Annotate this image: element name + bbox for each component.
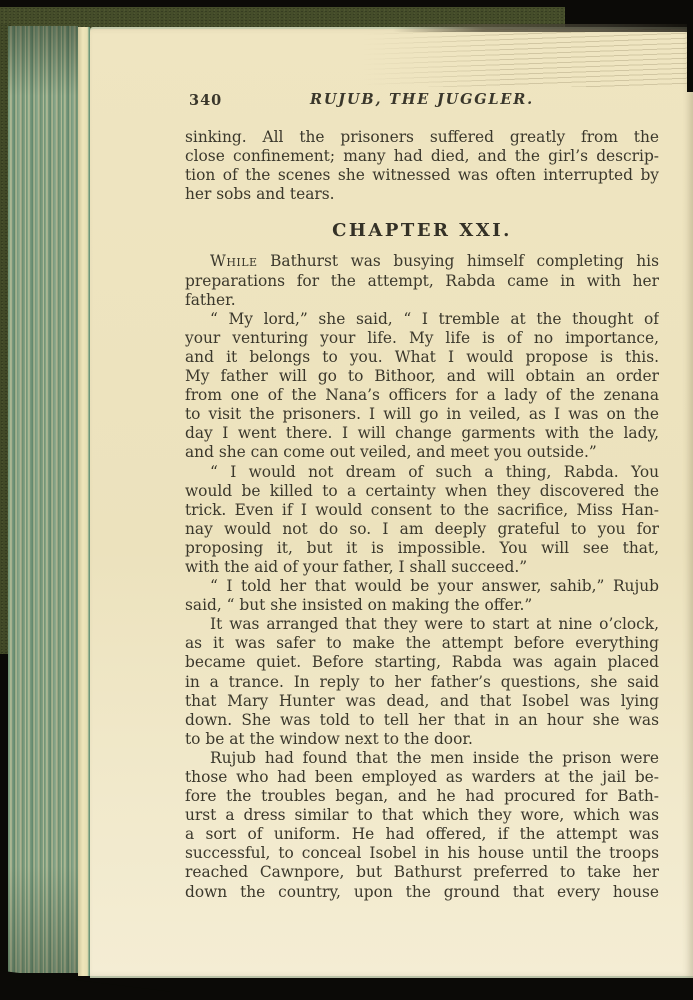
- paragraph: sinking. All the prisoners suffered grea…: [185, 128, 659, 204]
- paragraph: Rujub had found that the men inside the …: [185, 749, 659, 902]
- text-line: became quiet. Before starting, Rabda was…: [185, 653, 659, 672]
- page-header: 340 RUJUB, THE JUGGLER.: [185, 91, 659, 111]
- text-line: While Bathurst was busying himself compl…: [185, 252, 659, 271]
- text-line: said, “ but she insisted on making the o…: [185, 596, 659, 615]
- text-line: preparations for the attempt, Rabda came…: [185, 272, 659, 291]
- running-title: RUJUB, THE JUGGLER.: [185, 91, 659, 108]
- paragraph: It was arranged that they were to start …: [185, 615, 659, 749]
- text-line: “ I told her that would be your answer, …: [185, 577, 659, 596]
- smallcaps-lead: While: [210, 252, 258, 270]
- text-line: close confinement; many had died, and th…: [185, 147, 659, 166]
- text-line: with the aid of your father, I shall suc…: [185, 558, 659, 577]
- text-line: as it was safer to make the attempt befo…: [185, 634, 659, 653]
- text-line: father.: [185, 291, 659, 310]
- top-right-shadow-band: [393, 24, 693, 32]
- text-line: My father will go to Bithoor, and will o…: [185, 367, 659, 386]
- text-line: those who had been employed as warders a…: [185, 768, 659, 787]
- page-stack-lines: [363, 29, 693, 87]
- text-line: your venturing your life. My life is of …: [185, 329, 659, 348]
- chapter-heading: CHAPTER XXI.: [185, 221, 659, 240]
- text-line: sinking. All the prisoners suffered grea…: [185, 128, 659, 147]
- text-line: her sobs and tears.: [185, 185, 659, 204]
- page-edge-highlight: [78, 27, 90, 976]
- text-line: that Mary Hunter was dead, and that Isob…: [185, 692, 659, 711]
- text-line: “ I would not dream of such a thing, Rab…: [185, 463, 659, 482]
- text-line: reached Cawnpore, but Bathurst preferred…: [185, 863, 659, 882]
- text-line: nay would not do so. I am deeply gratefu…: [185, 520, 659, 539]
- text-line: and it belongs to you. What I would prop…: [185, 348, 659, 367]
- book-page: 340 RUJUB, THE JUGGLER. sinking. All the…: [90, 27, 693, 978]
- text-line: fore the troubles began, and he had proc…: [185, 787, 659, 806]
- page-text: sinking. All the prisoners suffered grea…: [185, 128, 659, 902]
- text-line: a sort of uniform. He had offered, if th…: [185, 825, 659, 844]
- text-line: and she can come out veiled, and meet yo…: [185, 443, 659, 462]
- text-line: urst a dress similar to that which they …: [185, 806, 659, 825]
- text-line: down. She was told to tell her that in a…: [185, 711, 659, 730]
- paragraph: While Bathurst was busying himself compl…: [185, 252, 659, 309]
- text-line: down the country, upon the ground that e…: [185, 883, 659, 902]
- text-line: proposing it, but it is impossible. You …: [185, 539, 659, 558]
- text-line: day I went there. I will change garments…: [185, 424, 659, 443]
- text-line: from one of the Nana’s officers for a la…: [185, 386, 659, 405]
- paragraph: “ My lord,” she said, “ I tremble at the…: [185, 310, 659, 463]
- page-content: 340 RUJUB, THE JUGGLER. sinking. All the…: [185, 91, 659, 902]
- paragraph: “ I told her that would be your answer, …: [185, 577, 659, 615]
- text-line: to visit the prisoners. I will go in vei…: [185, 405, 659, 424]
- page-fore-edges: [8, 26, 78, 973]
- text-line: to be at the window next to the door.: [185, 730, 659, 749]
- text-line: tion of the scenes she witnessed was oft…: [185, 166, 659, 185]
- book-photo: 340 RUJUB, THE JUGGLER. sinking. All the…: [0, 0, 693, 1000]
- text-line: successful, to conceal Isobel in his hou…: [185, 844, 659, 863]
- paragraph: “ I would not dream of such a thing, Rab…: [185, 463, 659, 578]
- text-line: trick. Even if I would consent to the sa…: [185, 501, 659, 520]
- text-line: It was arranged that they were to start …: [185, 615, 659, 634]
- top-right-dark-sliver: [687, 0, 693, 92]
- text-line: Rujub had found that the men inside the …: [185, 749, 659, 768]
- text-line: in a trance. In reply to her father’s qu…: [185, 673, 659, 692]
- text-line: would be killed to a certainty when they…: [185, 482, 659, 501]
- text-line: “ My lord,” she said, “ I tremble at the…: [185, 310, 659, 329]
